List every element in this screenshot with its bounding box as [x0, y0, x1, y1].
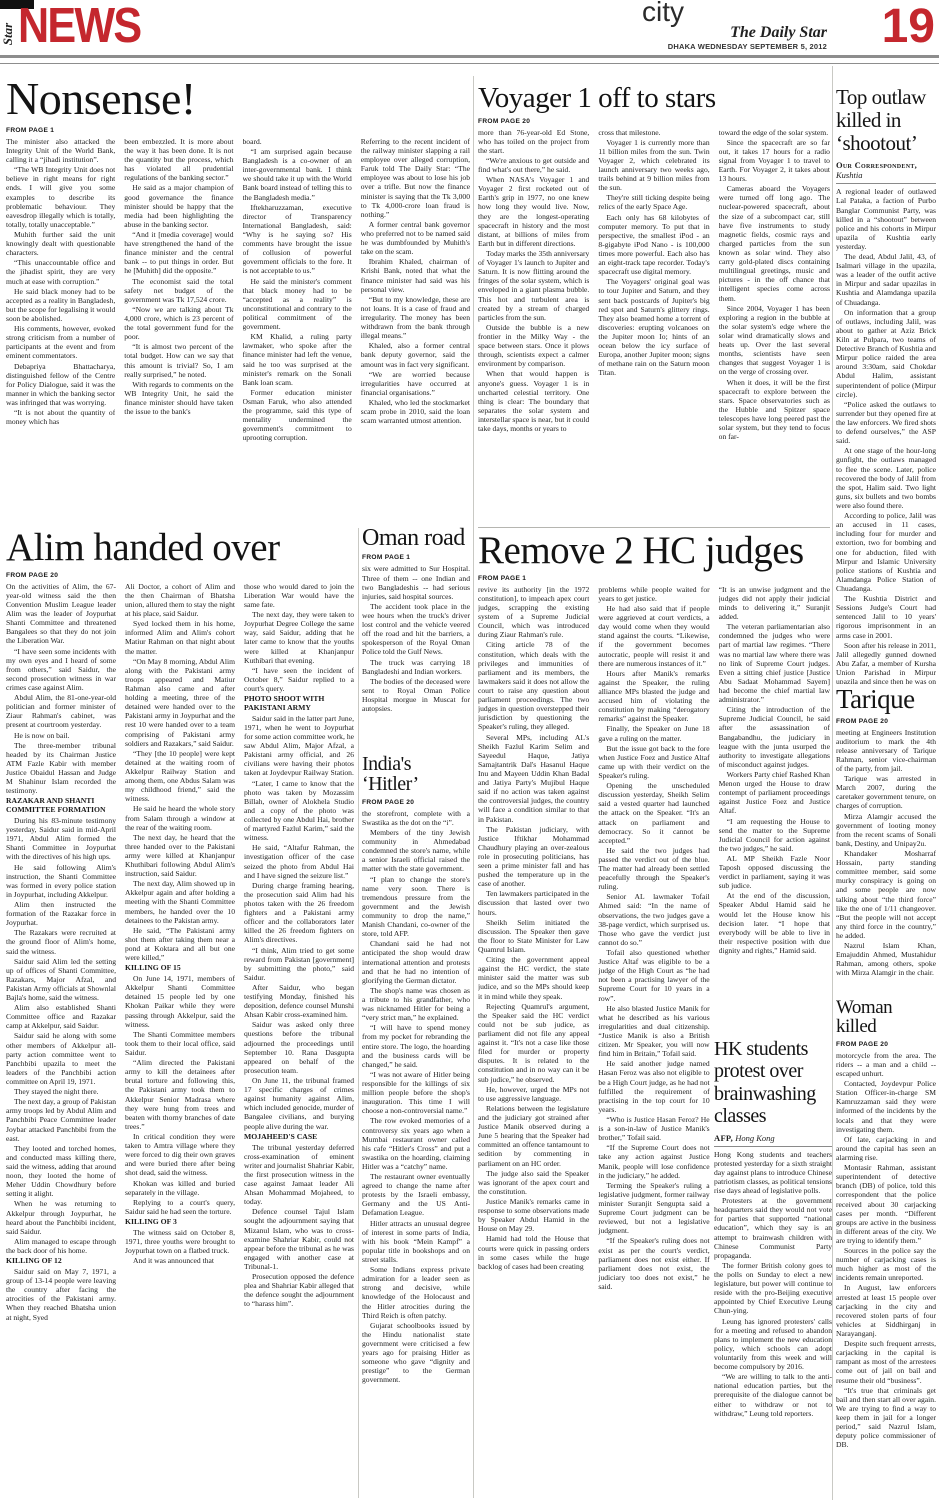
article-paragraph: “I am surprised again because Bangladesh…: [243, 147, 352, 202]
article-paragraph: A regional leader of outlawed Lal Pataka…: [836, 187, 936, 251]
article-body: more than 76-year-old Ed Stone, who has …: [478, 128, 830, 523]
article-column: more than 76-year-old Ed Stone, who has …: [478, 128, 589, 523]
article-paragraph: The former British colony goes to the po…: [714, 1261, 832, 1316]
byline: Our Correspondent, Kushtia: [836, 160, 936, 184]
article-paragraph: Nazrul Islam Khan, Emajuddin Ahmed, Must…: [836, 941, 936, 977]
paper-name: The Daily Star: [730, 24, 827, 42]
article-paragraph: “On May 8 morning, Abdul Alim along with…: [125, 657, 235, 748]
page-header: Star NEWS city The Daily Star DHAKA WEDN…: [0, 0, 939, 62]
article-paragraph: The Kushtia District and Sessions Judge'…: [836, 594, 936, 640]
article-headline: Alim handed over: [6, 528, 354, 568]
article-subhead: KILLING OF 15: [125, 964, 235, 973]
section-label: city: [642, 0, 684, 28]
masthead-news-title: NEWS: [18, 0, 140, 52]
article-paragraph: Opening the unscheduled discussion yeste…: [598, 781, 709, 845]
article-paragraph: Ibrahim Khaled, chairman of Krishi Bank,…: [361, 257, 470, 293]
article-paragraph: The three-member tribunal headed by its …: [6, 741, 116, 796]
article-paragraph: Protesters at the government headquarter…: [714, 1196, 832, 1260]
article-paragraph: On June 11, the tribunal framed 17 speci…: [244, 1076, 354, 1131]
article-paragraph: Some Indians express private admiration …: [362, 1265, 470, 1320]
article-subhead: KILLING OF 12: [6, 1257, 116, 1266]
article-paragraph: Khandaker Mosharraf Hossain, party stand…: [836, 849, 936, 940]
article-headline: Voyager 1 off to stars: [478, 84, 830, 114]
article-voyager: Voyager 1 off to stars FROM PAGE 20 more…: [478, 84, 830, 523]
article-paragraph: been embezzled. It is more about the way…: [124, 137, 233, 183]
article-paragraph: He said, “The Pakistani army shot them a…: [125, 926, 235, 962]
article-paragraph: He had also said that if people were agg…: [598, 604, 709, 668]
article-paragraph: He said as a major champion of good gove…: [124, 183, 233, 229]
article-oman-road: Oman road FROM PAGE 1 six were admitted …: [362, 526, 470, 752]
article-paragraph: Workers Party chief Rashed Khan Menon ur…: [719, 770, 830, 816]
newspaper-page: Star NEWS city The Daily Star DHAKA WEDN…: [0, 0, 939, 1500]
column-rule: [832, 66, 833, 1500]
article-paragraph: When that would happen is anyone's guess…: [478, 369, 589, 433]
article-body: A regional leader of outlawed Lal Pataka…: [836, 187, 936, 684]
article-paragraph: They stayed the night there.: [6, 1087, 116, 1096]
article-paragraph: Replying to a court's query, Saidur said…: [125, 1198, 235, 1216]
article-paragraph: Saidur was asked only three questions be…: [244, 1020, 354, 1075]
article-column: those who would dared to join the Libera…: [244, 582, 354, 1498]
article-tarique: Tarique FROM PAGE 20 meeting at Engineer…: [836, 686, 936, 996]
article-paragraph: The Razakars were recruited at the groun…: [6, 928, 116, 955]
article-paragraph: Hours after Manik's remarks against the …: [598, 669, 709, 724]
article-paragraph: The row evoked memories of a controversy…: [362, 1116, 470, 1171]
article-paragraph: Justice Manik's remarks came in response…: [478, 1197, 589, 1233]
article-paragraph: When NASA's Voyager 1 and Voyager 2 firs…: [478, 175, 589, 248]
article-paragraph: At the end of the discussion, Speaker Ab…: [719, 891, 830, 955]
article-column: cross that milestone.Voyager 1 is curren…: [598, 128, 709, 523]
continuation-kicker: FROM PAGE 1: [362, 554, 470, 561]
article-paragraph: The Shanti Committee members took them t…: [125, 1030, 235, 1057]
article-paragraph: The judge also said the Speaker was igno…: [478, 1169, 589, 1196]
article-paragraph: On June 14, 1971, members of Akkelpur Sh…: [125, 974, 235, 1029]
article-paragraph: “And it [media coverage] would have stre…: [124, 230, 233, 276]
article-paragraph: During his 83-minute testimony yesterday…: [6, 816, 116, 862]
article-paragraph: board.: [243, 137, 352, 146]
article-paragraph: Ali Doctor, a cohort of Alim and the the…: [125, 582, 235, 618]
article-top-outlaw: Top outlaw killed in ‘shootout’ Our Corr…: [836, 86, 936, 684]
article-subhead: MOJAHEED'S CASE: [244, 1133, 354, 1142]
article-headline: Tarique: [836, 686, 936, 714]
article-paragraph: Voyager 1 is currently more than 11 bill…: [598, 138, 709, 193]
article-subhead: RAZAKAR AND SHANTI COMMITTEE FORMATION: [6, 797, 116, 815]
article-paragraph: His comments, however, evoked strong cri…: [6, 324, 115, 360]
continuation-kicker: FROM PAGE 1: [478, 575, 830, 582]
column-rule: [473, 76, 474, 1498]
article-paragraph: Senior AL lawmaker Tofail Ahmed said: “I…: [598, 892, 709, 947]
article-headline: Remove 2 HC judges: [478, 531, 830, 571]
article-column: the storefront, complete with a Swastika…: [362, 809, 470, 1498]
article-paragraph: “I think, Alim tried to get some reward …: [244, 946, 354, 982]
article-paragraph: The witness said on October 8, 1971, thr…: [125, 1228, 235, 1255]
article-paragraph: They looted and torched homes, and condu…: [6, 1144, 116, 1199]
article-paragraph: six were admitted to Sur Hospital. Three…: [362, 564, 470, 600]
article-paragraph: Gujarat schoolbooks issued by the Hindu …: [362, 1321, 470, 1385]
article-column: motorcycle from the area. The riders -- …: [836, 1051, 936, 1498]
article-paragraph: “I have seen the incident of October 8,”…: [244, 666, 354, 693]
article-paragraph: He said another judge named Hasan Feroz …: [598, 1059, 709, 1114]
article-column: meeting at Engineers Institution auditor…: [836, 728, 936, 996]
article-paragraph: Citing the introduction of the Supreme J…: [719, 705, 830, 769]
article-paragraph: “Police asked the outlaws to surrender b…: [836, 400, 936, 446]
article-hk-students: HK students protest over brainwashing cl…: [714, 1038, 832, 1498]
article-paragraph: Hitler attracts an unusual degree of int…: [362, 1219, 470, 1265]
article-paragraph: “I will have to spend money from my pock…: [362, 1023, 470, 1069]
article-paragraph: “If the Supreme Court does not take any …: [598, 1143, 709, 1179]
article-paragraph: The restaurant owner eventually agreed t…: [362, 1172, 470, 1218]
article-paragraph: When it does, it will be the first space…: [719, 378, 830, 442]
article-alim: Alim handed over FROM PAGE 20 On the act…: [6, 528, 354, 1498]
byline-place: Kushtia: [836, 170, 862, 180]
article-paragraph: Since the spacecraft are so far out, it …: [719, 138, 830, 184]
article-column: Ali Doctor, a cohort of Alim and the the…: [125, 582, 235, 1498]
article-paragraph: meeting at Engineers Institution auditor…: [836, 728, 936, 774]
article-paragraph: Sources in the police say the number of …: [836, 1246, 936, 1282]
article-paragraph: Of late, carjacking in and around the ca…: [836, 1135, 936, 1162]
article-paragraph: Relations between the legislature and th…: [478, 1104, 589, 1168]
article-paragraph: The bodies of the deceased were sent to …: [362, 677, 470, 713]
article-paragraph: He said following Alim's instruction, th…: [6, 863, 116, 899]
article-paragraph: The accident took place in the wee hours…: [362, 602, 470, 657]
article-paragraph: “If the Speaker's ruling does not exist …: [598, 1236, 709, 1291]
article-paragraph: In critical condition they were taken to…: [125, 1132, 235, 1178]
article-paragraph: The truck was carrying 18 Bangladeshi an…: [362, 658, 470, 676]
article-paragraph: “I was not aware of Hitler being respons…: [362, 1070, 470, 1116]
article-headline: Nonsense!: [6, 76, 470, 123]
article-paragraph: revive its authority [in the 1972 consti…: [478, 585, 589, 640]
article-paragraph: Khaled, who led the stockmarket scam pro…: [361, 398, 470, 425]
article-paragraph: The shop's name was chosen as a tribute …: [362, 986, 470, 1022]
article-paragraph: Khaled, also a former central bank deput…: [361, 341, 470, 368]
article-paragraph: Saidur said he along with some other mem…: [6, 1031, 116, 1086]
article-paragraph: “It is an unwise judgment and the judges…: [719, 585, 830, 621]
article-headline: HK students protest over brainwashing cl…: [714, 1038, 832, 1128]
article-paragraph: “But to my knowledge, these are not loan…: [361, 295, 470, 341]
article-paragraph: Each only has 68 kilobytes of computer m…: [598, 213, 709, 277]
article-paragraph: Ten lawmakers participated in the discus…: [478, 889, 589, 916]
article-body: meeting at Engineers Institution auditor…: [836, 728, 936, 996]
article-headline: India's ‘Hitler’: [362, 754, 470, 795]
article-paragraph: motorcycle from the area. The riders -- …: [836, 1051, 936, 1078]
column-rule: [358, 528, 359, 1498]
article-paragraph: Saidur said Alim led the setting up of o…: [6, 957, 116, 1003]
article-paragraph: “We're anxious to get outside and find w…: [478, 156, 589, 174]
article-paragraph: Chandani said he had not anticipated the…: [362, 939, 470, 985]
article-subhead: PHOTO SHOOT WITH PAKISTANI ARMY: [244, 695, 354, 713]
article-column: toward the edge of the solar system.Sinc…: [719, 128, 830, 523]
article-paragraph: more than 76-year-old Ed Stone, who has …: [478, 128, 589, 155]
article-paragraph: He said, “Altafur Rahman, the investigat…: [244, 843, 354, 879]
byline: AFP, Hong Kong: [714, 1133, 832, 1147]
article-paragraph: “They [the 10 people] were kept detained…: [125, 749, 235, 804]
article-paragraph: Cameras aboard the Voyagers were turned …: [719, 184, 830, 302]
article-paragraph: The Pakistan judiciary, with Justice Ift…: [478, 825, 589, 889]
article-headline: Top outlaw killed in ‘shootout’: [836, 86, 936, 155]
article-column: board.“I am surprised again because Bang…: [243, 137, 352, 523]
article-paragraph: And it was announced that: [125, 1256, 235, 1265]
article-paragraph: Debapriya Bhattacharya, distinguished fe…: [6, 362, 115, 408]
article-paragraph: In August, law enforcers arrested at lea…: [836, 1283, 936, 1338]
article-paragraph: Citing article 78 of the constitution, w…: [478, 640, 589, 731]
article-paragraph: The minister also attacked the Integrity…: [6, 137, 115, 164]
article-body: six were admitted to Sur Hospital. Three…: [362, 564, 470, 752]
article-headline: Woman killed: [836, 998, 936, 1037]
article-paragraph: He said the minister's comment that blac…: [243, 277, 352, 332]
article-paragraph: He said he heard the whole story from Sa…: [125, 804, 235, 831]
article-paragraph: “Later, I came to know that the photo wa…: [244, 779, 354, 843]
article-paragraph: He said black money had to be accepted a…: [6, 287, 115, 323]
article-paragraph: He also blasted Justice Manik for what h…: [598, 1004, 709, 1059]
article-paragraph: the storefront, complete with a Swastika…: [362, 809, 470, 827]
article-paragraph: The next day, a group of Pakistan army t…: [6, 1097, 116, 1143]
article-paragraph: “We are worried because irregularities h…: [361, 370, 470, 397]
article-paragraph: Members of the tiny Jewish community in …: [362, 828, 470, 874]
article-paragraph: A former central bank governor who prefe…: [361, 220, 470, 256]
page-number: 19: [882, 2, 935, 52]
article-paragraph: Sheikh Selim initiated the discussion. T…: [478, 918, 589, 954]
article-paragraph: Soon after his release in 2011, Jalil al…: [836, 641, 936, 684]
article-column: problems while people waited for years t…: [598, 585, 709, 1498]
article-paragraph: those who would dared to join the Libera…: [244, 582, 354, 609]
article-paragraph: According to police, Jalil was an accuse…: [836, 511, 936, 593]
article-indias-hitler: India's ‘Hitler’ FROM PAGE 20 the storef…: [362, 754, 470, 1498]
article-column: Hong Kong students and teachers proteste…: [714, 1150, 832, 1498]
article-body: The minister also attacked the Integrity…: [6, 137, 470, 523]
article-paragraph: The veteran parliamentarian also condemn…: [719, 622, 830, 704]
article-paragraph: cross that milestone.: [598, 128, 709, 137]
article-paragraph: Outside the bubble is a new frontier in …: [478, 323, 589, 369]
article-paragraph: Hamid had told the House that courts wer…: [478, 1234, 589, 1270]
article-woman-killed: Woman killed FROM PAGE 20 motorcycle fro…: [836, 998, 936, 1498]
article-paragraph: Alim managed to escape through the back …: [6, 1237, 116, 1255]
article-paragraph: problems while people waited for years t…: [598, 585, 709, 603]
article-paragraph: Today marks the 35th anniversary of Voya…: [478, 249, 589, 322]
article-paragraph: “Now we are talking about Tk 4,000 crore…: [124, 305, 233, 341]
article-body: Hong Kong students and teachers proteste…: [714, 1150, 832, 1498]
article-column: been embezzled. It is more about the way…: [124, 137, 233, 523]
article-paragraph: The next day, he heard that the three ha…: [125, 833, 235, 879]
article-paragraph: Several MPs, including AL's Sheikh Fazlu…: [478, 733, 589, 824]
article-paragraph: The dead, Abdul Jalil, 43, of Isalmari v…: [836, 252, 936, 307]
article-paragraph: Since 2004, Voyager 1 has been exploring…: [719, 304, 830, 377]
continuation-kicker: FROM PAGE 20: [836, 718, 936, 725]
article-paragraph: On information that a group of outlaws, …: [836, 308, 936, 399]
article-paragraph: “I have seen some incidents with my own …: [6, 647, 116, 693]
article-paragraph: After Saidur, who began testifying Monda…: [244, 983, 354, 1019]
article-paragraph: “We are willing to talk to the anti-nati…: [714, 1372, 832, 1418]
article-paragraph: Prosecution opposed the defence plea and…: [244, 1272, 354, 1308]
byline-credit: Our Correspondent,: [836, 160, 917, 170]
continuation-kicker: FROM PAGE 20: [478, 118, 830, 125]
article-paragraph: Former education minister Osman Faruk, w…: [243, 388, 352, 443]
article-paragraph: He said the two judges had passed the ve…: [598, 846, 709, 892]
header-rule: [0, 55, 939, 64]
continuation-kicker: FROM PAGE 20: [362, 799, 470, 806]
article-paragraph: The tribunal yesterday deferred cross-ex…: [244, 1143, 354, 1207]
article-body: On the activities of Alim, the 67-year-o…: [6, 582, 354, 1498]
byline-place: Hong Kong: [733, 1133, 775, 1143]
article-paragraph: Defence counsel Tajul Islam sought the a…: [244, 1207, 354, 1271]
byline-credit: AFP,: [714, 1133, 733, 1143]
masthead-star-vertical: Star: [0, 10, 16, 58]
continuation-kicker: FROM PAGE 20: [836, 1041, 936, 1048]
article-paragraph: “It's true that criminals get bail and t…: [836, 1386, 936, 1450]
article-column: six were admitted to Sur Hospital. Three…: [362, 564, 470, 752]
article-column: The minister also attacked the Integrity…: [6, 137, 115, 523]
article-column: Referring to the recent incident of the …: [361, 137, 470, 523]
article-paragraph: During charge framing hearing, the prose…: [244, 881, 354, 945]
article-paragraph: AL MP Sheikh Fazle Noor Taposh opposed d…: [719, 854, 830, 890]
article-column: On the activities of Alim, the 67-year-o…: [6, 582, 116, 1498]
article-column: revive its authority [in the 1972 consti…: [478, 585, 589, 1498]
article-paragraph: Montasir Rahman, assistant superintenden…: [836, 1163, 936, 1245]
article-paragraph: Syed locked them in his home, informed A…: [125, 619, 235, 655]
article-paragraph: Mirza Alamgir accused the government of …: [836, 812, 936, 848]
article-paragraph: Iftekharuzzaman, executive director of T…: [243, 203, 352, 276]
article-paragraph: “It is almost two percent of the total b…: [124, 342, 233, 378]
article-paragraph: “It is not about the quantity of money w…: [6, 408, 115, 426]
article-paragraph: But the issue got back to the fore when …: [598, 744, 709, 780]
article-paragraph: “I plan to change the store's name very …: [362, 875, 470, 939]
article-headline: Oman road: [362, 526, 470, 550]
article-paragraph: Despite such frequent arrests, carjackin…: [836, 1339, 936, 1385]
article-body: the storefront, complete with a Swastika…: [362, 809, 470, 1498]
article-paragraph: “Alim directed the Pakistani army to kil…: [125, 1058, 235, 1131]
article-paragraph: “Who is Justice Hasan Feroz? He is a son…: [598, 1115, 709, 1142]
article-paragraph: The next day, Alim showed up in Akkelpur…: [125, 879, 235, 925]
article-paragraph: The economist said the total safety net …: [124, 277, 233, 304]
article-paragraph: They're still ticking despite being reli…: [598, 193, 709, 211]
article-paragraph: “I am requesting the House to send the m…: [719, 817, 830, 853]
article-column: A regional leader of outlawed Lal Pataka…: [836, 187, 936, 684]
article-paragraph: He is now on bail.: [6, 731, 116, 740]
article-paragraph: Referring to the recent incident of the …: [361, 137, 470, 219]
article-paragraph: Saidur said on May 7, 1971, a group of 1…: [6, 1267, 116, 1322]
article-paragraph: Muhith further said the unit knowingly d…: [6, 230, 115, 257]
article-paragraph: Finally, the Speaker on June 18 gave a r…: [598, 724, 709, 742]
article-paragraph: Tofail also questioned whether Justice A…: [598, 948, 709, 1003]
article-paragraph: Alim also established Shanti Committee o…: [6, 1003, 116, 1030]
article-paragraph: When he was returning to Akkelpur throug…: [6, 1199, 116, 1235]
article-paragraph: Terming the Speaker's ruling a legislati…: [598, 1181, 709, 1236]
section-rule: [478, 527, 830, 528]
article-paragraph: The Voyagers' original goal was to tour …: [598, 277, 709, 377]
article-paragraph: At one stage of the hour-long gunfight, …: [836, 446, 936, 510]
article-subhead: KILLING OF 3: [125, 1218, 235, 1227]
article-paragraph: Saidur said in the latter part June, 197…: [244, 714, 354, 778]
continuation-kicker: FROM PAGE 1: [6, 127, 470, 134]
article-paragraph: toward the edge of the solar system.: [719, 128, 830, 137]
article-paragraph: Leung has ignored protesters' calls for …: [714, 1317, 832, 1372]
article-paragraph: Tarique was arrested in March 2007, duri…: [836, 774, 936, 810]
article-paragraph: Abdul Alim, the 81-one-year-old politici…: [6, 693, 116, 729]
article-paragraph: The next day, they were taken to Joypurh…: [244, 610, 354, 665]
article-paragraph: He, however, urged the MPs not to use ag…: [478, 1085, 589, 1103]
date-line: DHAKA WEDNESDAY SEPTEMBER 5, 2012: [668, 42, 827, 51]
article-paragraph: Khokan was killed and buried separately …: [125, 1179, 235, 1197]
article-paragraph: Alim then instructed the formation of th…: [6, 900, 116, 927]
article-paragraph: Rejecting Quamrul's argument, the Speake…: [478, 1002, 589, 1084]
article-paragraph: On the activities of Alim, the 67-year-o…: [6, 582, 116, 646]
article-nonsense: Nonsense! FROM PAGE 1 The minister also …: [6, 76, 470, 523]
article-paragraph: Contacted, Joydevpur Police Station Offi…: [836, 1079, 936, 1134]
article-paragraph: Citing the government appeal against the…: [478, 955, 589, 1001]
article-paragraph: KM Khalid, a ruling party lawmaker, who …: [243, 332, 352, 387]
article-body: motorcycle from the area. The riders -- …: [836, 1051, 936, 1498]
article-paragraph: With regards to comments on the WB Integ…: [124, 380, 233, 416]
article-paragraph: Hong Kong students and teachers proteste…: [714, 1150, 832, 1196]
article-paragraph: “This unaccountable office and the jihad…: [6, 258, 115, 285]
continuation-kicker: FROM PAGE 20: [6, 572, 354, 579]
article-paragraph: “The WB Integrity Unit does not believe …: [6, 165, 115, 229]
